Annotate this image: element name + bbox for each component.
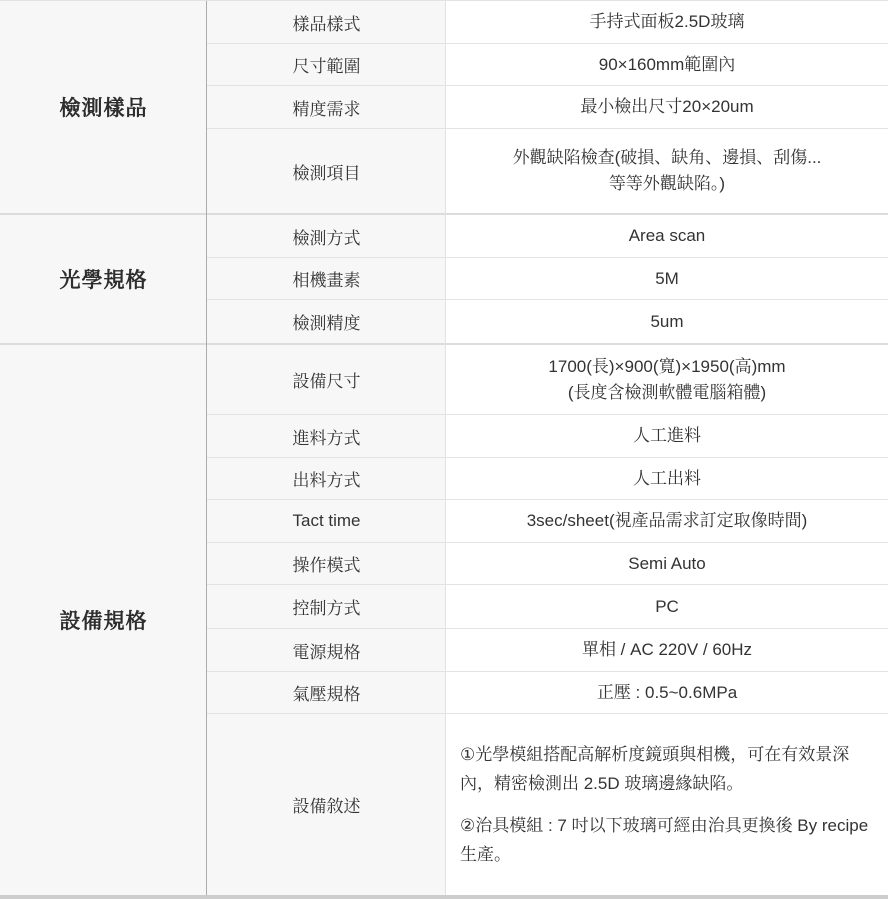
table-row: 相機畫素 5M [207,258,888,300]
table-row: 檢測方式 Area scan [207,215,888,258]
section-rows: 設備尺寸 1700(長)×900(寬)×1950(高)mm (長度含檢測軟體電腦… [207,345,888,895]
spec-value: 外觀缺陷檢查(破損、缺角、邊損、刮傷... 等等外觀缺陷。) [446,129,888,213]
table-row: 檢測精度 5um [207,300,888,343]
table-row: 控制方式 PC [207,585,888,629]
table-row: 精度需求 最小檢出尺寸20×20um [207,86,888,129]
equipment-description-paragraph: ①光學模組搭配高解析度鏡頭與相機，可在有效景深內，精密檢測出 2.5D 玻璃邊緣… [460,740,874,798]
spec-value-line: 1700(長)×900(寬)×1950(高)mm [548,354,785,380]
table-row: 設備尺寸 1700(長)×900(寬)×1950(高)mm (長度含檢測軟體電腦… [207,345,888,415]
table-row: 氣壓規格 正壓 : 0.5~0.6MPa [207,672,888,714]
spec-value: 3sec/sheet(視產品需求訂定取像時間) [446,500,888,542]
spec-value: PC [446,585,888,628]
section-optical-spec: 光學規格 檢測方式 Area scan 相機畫素 5M 檢測精度 5um [0,215,888,345]
spec-value: 人工進料 [446,415,888,457]
spec-value: 1700(長)×900(寬)×1950(高)mm (長度含檢測軟體電腦箱體) [446,345,888,414]
spec-value: 單相 / AC 220V / 60Hz [446,629,888,671]
section-rows: 檢測方式 Area scan 相機畫素 5M 檢測精度 5um [207,215,888,343]
spec-value: 5um [446,300,888,343]
spec-label: 設備敘述 [207,714,446,895]
category-cell: 光學規格 [0,215,207,343]
spec-label: 檢測精度 [207,300,446,343]
table-row: 設備敘述 ①光學模組搭配高解析度鏡頭與相機，可在有效景深內，精密檢測出 2.5D… [207,714,888,895]
category-cell: 設備規格 [0,345,207,895]
spec-label: 電源規格 [207,629,446,671]
spec-value: 人工出料 [446,458,888,499]
table-row: 樣品樣式 手持式面板2.5D玻璃 [207,1,888,44]
spec-label: 相機畫素 [207,258,446,299]
spec-value: Area scan [446,215,888,257]
spec-label: 精度需求 [207,86,446,128]
spec-label: 操作模式 [207,543,446,584]
section-inspection-sample: 檢測樣品 樣品樣式 手持式面板2.5D玻璃 尺寸範圍 90×160mm範圍內 精… [0,1,888,215]
spec-value: 90×160mm範圍內 [446,44,888,85]
table-row: 檢測項目 外觀缺陷檢查(破損、缺角、邊損、刮傷... 等等外觀缺陷。) [207,129,888,213]
table-row: 操作模式 Semi Auto [207,543,888,585]
section-rows: 樣品樣式 手持式面板2.5D玻璃 尺寸範圍 90×160mm範圍內 精度需求 最… [207,1,888,213]
table-row: 尺寸範圍 90×160mm範圍內 [207,44,888,86]
spec-label: 檢測方式 [207,215,446,257]
spec-table: 檢測樣品 樣品樣式 手持式面板2.5D玻璃 尺寸範圍 90×160mm範圍內 精… [0,0,888,899]
section-equipment-spec: 設備規格 設備尺寸 1700(長)×900(寬)×1950(高)mm (長度含檢… [0,345,888,897]
spec-value: 5M [446,258,888,299]
spec-label: 檢測項目 [207,129,446,213]
table-bottom-border [0,895,888,899]
label-value-column-divider [445,1,446,896]
equipment-description-paragraph: ②治具模組 : 7 吋以下玻璃可經由治具更換後 By recipe 生產。 [460,811,874,869]
spec-value: 手持式面板2.5D玻璃 [446,1,888,43]
table-row: 電源規格 單相 / AC 220V / 60Hz [207,629,888,672]
spec-label: 尺寸範圍 [207,44,446,85]
spec-value: 最小檢出尺寸20×20um [446,86,888,128]
spec-label: 樣品樣式 [207,1,446,43]
category-cell: 檢測樣品 [0,1,207,213]
spec-label: 進料方式 [207,415,446,457]
spec-label: Tact time [207,500,446,542]
category-column-divider [206,1,207,896]
table-row: Tact time 3sec/sheet(視產品需求訂定取像時間) [207,500,888,543]
spec-value: 正壓 : 0.5~0.6MPa [446,672,888,713]
spec-label: 控制方式 [207,585,446,628]
spec-label: 氣壓規格 [207,672,446,713]
spec-value-line: (長度含檢測軟體電腦箱體) [568,380,766,406]
spec-value: Semi Auto [446,543,888,584]
table-row: 進料方式 人工進料 [207,415,888,458]
spec-label: 設備尺寸 [207,345,446,414]
spec-value: ①光學模組搭配高解析度鏡頭與相機，可在有效景深內，精密檢測出 2.5D 玻璃邊緣… [446,714,888,895]
spec-label: 出料方式 [207,458,446,499]
table-row: 出料方式 人工出料 [207,458,888,500]
